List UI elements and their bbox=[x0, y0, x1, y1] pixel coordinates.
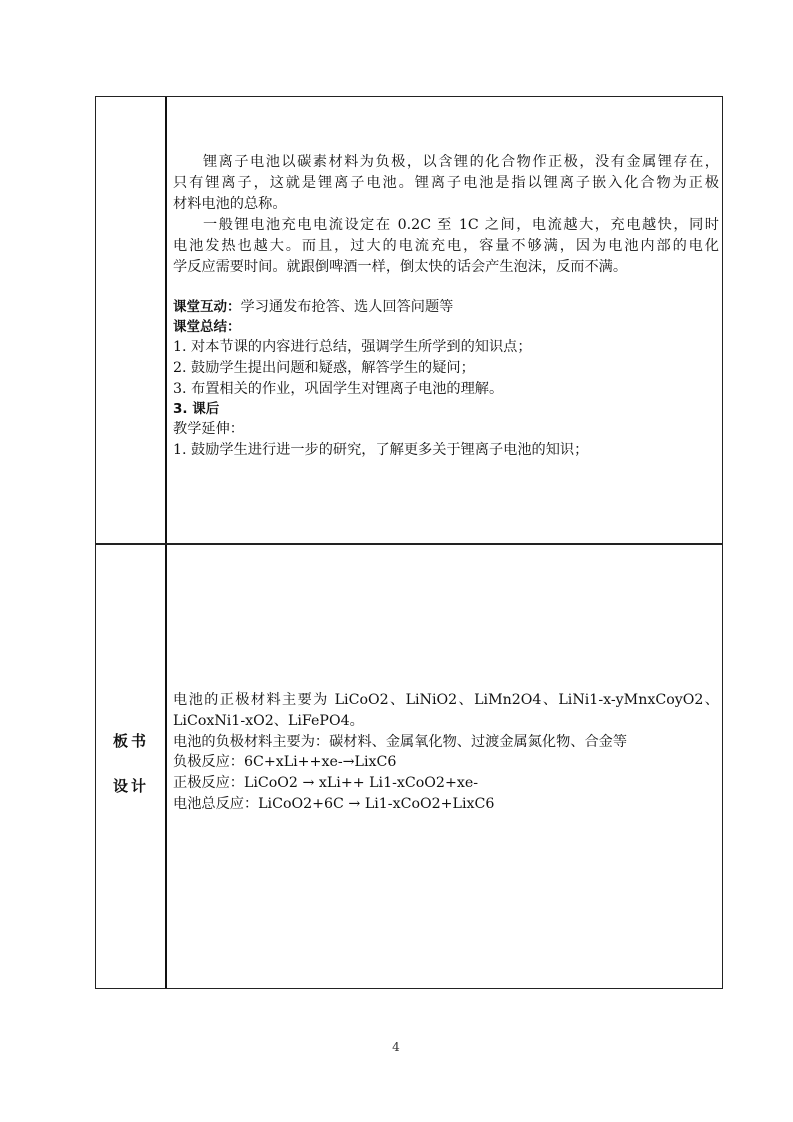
summary-item-3: 3. 布置相关的作业，巩固学生对锂离子电池的理解。 bbox=[173, 379, 503, 400]
teaching-extension-heading: 教学延伸： bbox=[173, 419, 244, 440]
paragraph-1-line-1: 锂离子电池以碳素材料为负极，以含锂的化合物作正极，没有金属锂存在， bbox=[203, 152, 719, 173]
board-line-3: 电池的负极材料主要为：碳材料、金属氧化物、过渡金属氮化物、合金等 bbox=[173, 732, 627, 753]
after-class-heading: 3. 课后 bbox=[173, 399, 219, 420]
classroom-summary-heading: 课堂总结： bbox=[173, 317, 241, 338]
summary-item-2: 2. 鼓励学生提出问题和疑惑，解答学生的疑问； bbox=[173, 358, 475, 379]
board-line-2: LiCoxNi1-xO2、LiFePO4。 bbox=[173, 711, 364, 732]
board-line-positive-reaction: 正极反应：LiCoO2 → xLi++ Li1-xCoO2+xe- bbox=[173, 773, 478, 794]
page-number: 4 bbox=[386, 1040, 406, 1054]
board-design-content-cell: 电池的正极材料主要为 LiCoO2、LiNiO2、LiMn2O4、LiNi1-x… bbox=[167, 545, 722, 988]
paragraph-1-line-3: 材料电池的总称。 bbox=[173, 194, 287, 215]
lesson-plan-table: 锂离子电池以碳素材料为负极，以含锂的化合物作正极，没有金属锂存在， 只有锂离子，… bbox=[95, 96, 723, 989]
board-line-negative-reaction: 负极反应：6C+xLi++xe-→LixC6 bbox=[173, 752, 396, 773]
paragraph-2-line-3: 学反应需要时间。就跟倒啤酒一样，倒太快的话会产生泡沫，反而不满。 bbox=[173, 257, 627, 278]
extension-item-1: 1. 鼓励学生进行进一步的研究，了解更多关于锂离子电池的知识； bbox=[173, 440, 588, 461]
board-design-label-line-2: 设计 bbox=[96, 775, 166, 796]
paragraph-2-line-2: 电池发热也越大。而且，过大的电流充电，容量不够满，因为电池内部的电化 bbox=[173, 236, 719, 257]
summary-item-1: 1. 对本节课的内容进行总结，强调学生所学到的知识点； bbox=[173, 337, 532, 358]
document-page: 锂离子电池以碳素材料为负极，以含锂的化合物作正极，没有金属锂存在， 只有锂离子，… bbox=[0, 0, 793, 1122]
classroom-interaction-heading: 课堂互动： bbox=[173, 299, 241, 315]
top-row-label-cell bbox=[96, 97, 166, 544]
classroom-interaction: 课堂互动：学习通发布抢答、选人回答问题等 bbox=[173, 297, 453, 318]
board-design-label-line-1: 板书 bbox=[96, 730, 166, 751]
paragraph-1-line-2: 只有锂离子，这就是锂离子电池。锂离子电池是指以锂离子嵌入化合物为正极 bbox=[173, 173, 719, 194]
paragraph-2-line-1: 一般锂电池充电电流设定在 0.2C 至 1C 之间，电流越大，充电越快，同时 bbox=[203, 215, 719, 236]
top-row-content-cell: 锂离子电池以碳素材料为负极，以含锂的化合物作正极，没有金属锂存在， 只有锂离子，… bbox=[167, 97, 722, 544]
board-line-1: 电池的正极材料主要为 LiCoO2、LiNiO2、LiMn2O4、LiNi1-x… bbox=[173, 690, 719, 711]
board-line-total-reaction: 电池总反应：LiCoO2+6C → Li1-xCoO2+LixC6 bbox=[173, 794, 494, 815]
classroom-interaction-text: 学习通发布抢答、选人回答问题等 bbox=[241, 299, 454, 315]
board-design-label-cell: 板书 设计 bbox=[96, 545, 166, 988]
